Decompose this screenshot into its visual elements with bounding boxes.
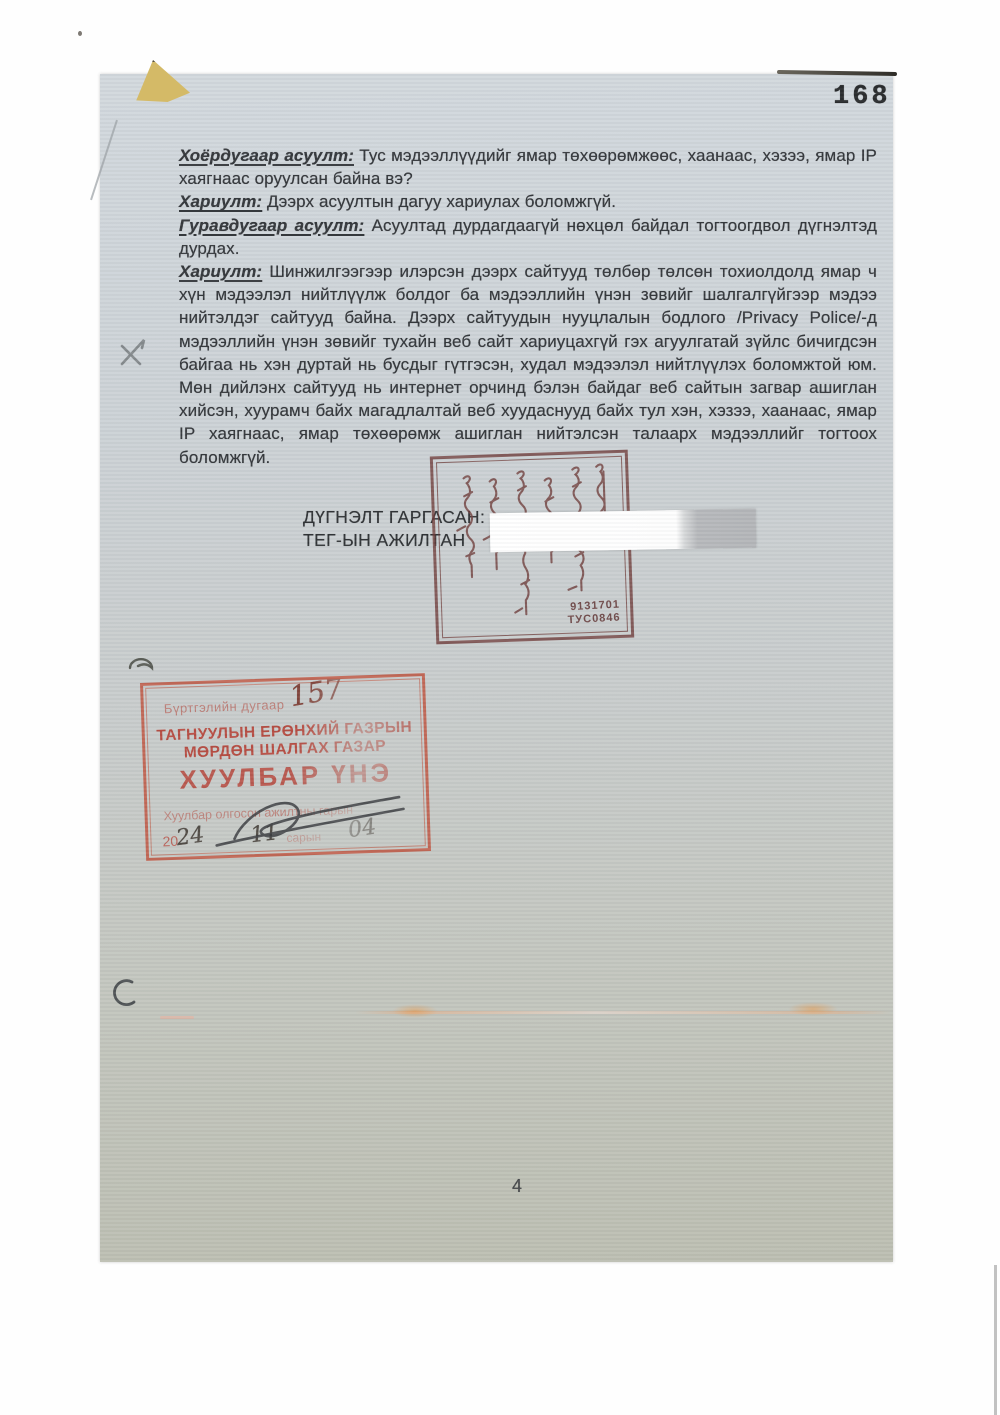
seal-serial-2: ТУС0846 (567, 611, 621, 627)
body-text: Хоёрдугаар асуулт: Тус мэдээллүүдийг яма… (179, 144, 877, 469)
margin-crescent-mark-icon (108, 976, 144, 1012)
registry-number-handwritten: 157 (287, 671, 345, 713)
question-3-lead: Гуравдугаар асуулт: (179, 216, 364, 235)
signature-icon (175, 781, 417, 859)
paragraph-answer-2: Хариулт: Дээрх асуултын дагуу хариулах б… (179, 190, 877, 213)
question-2-lead: Хоёрдугаар асуулт: (179, 146, 354, 165)
scanned-document: 168 Хоёрдугаар асуулт: Тус мэдээллүүдийг… (0, 0, 1000, 1415)
scanner-edge-line (994, 1265, 997, 1415)
seal-serial-numbers: 9131701 ТУС0846 (567, 599, 621, 628)
answer-3-text: Шинжилгээгээр илэрсэн дээрх сайтууд төлб… (179, 262, 877, 467)
redaction-box (490, 509, 757, 553)
paragraph-question-2: Хоёрдугаар асуулт: Тус мэдээллүүдийг яма… (179, 144, 877, 190)
answer-3-lead: Хариулт: (179, 262, 262, 281)
answer-2-lead: Хариулт: (179, 192, 262, 211)
glue-smudge-left (392, 1004, 438, 1018)
answer-2-text: Дээрх асуултын дагуу хариулах боломжгүй. (267, 192, 616, 211)
margin-check-mark-icon (114, 334, 152, 374)
scan-speck (78, 31, 82, 36)
document-page: 168 Хоёрдугаар асуулт: Тус мэдээллүүдийг… (100, 74, 893, 1262)
page-footer-number: 4 (492, 1176, 542, 1197)
paragraph-question-3: Гуравдугаар асуулт: Асуултад дурдагдаагү… (179, 214, 877, 260)
archive-page-number: 168 (833, 82, 891, 112)
copy-certification-stamp: Бүртгэлийн дугаар 157 ТАГНУУЛЫН ЕРӨНХИЙ … (140, 673, 431, 861)
margin-curl-mark-icon (126, 650, 162, 676)
tape-smudge-dash (160, 1016, 194, 1019)
paragraph-answer-3: Хариулт: Шинжилгээгээр илэрсэн дээрх сай… (179, 260, 877, 469)
glue-smudge-right (788, 1002, 838, 1016)
registry-number-label: Бүртгэлийн дугаар (164, 697, 285, 716)
